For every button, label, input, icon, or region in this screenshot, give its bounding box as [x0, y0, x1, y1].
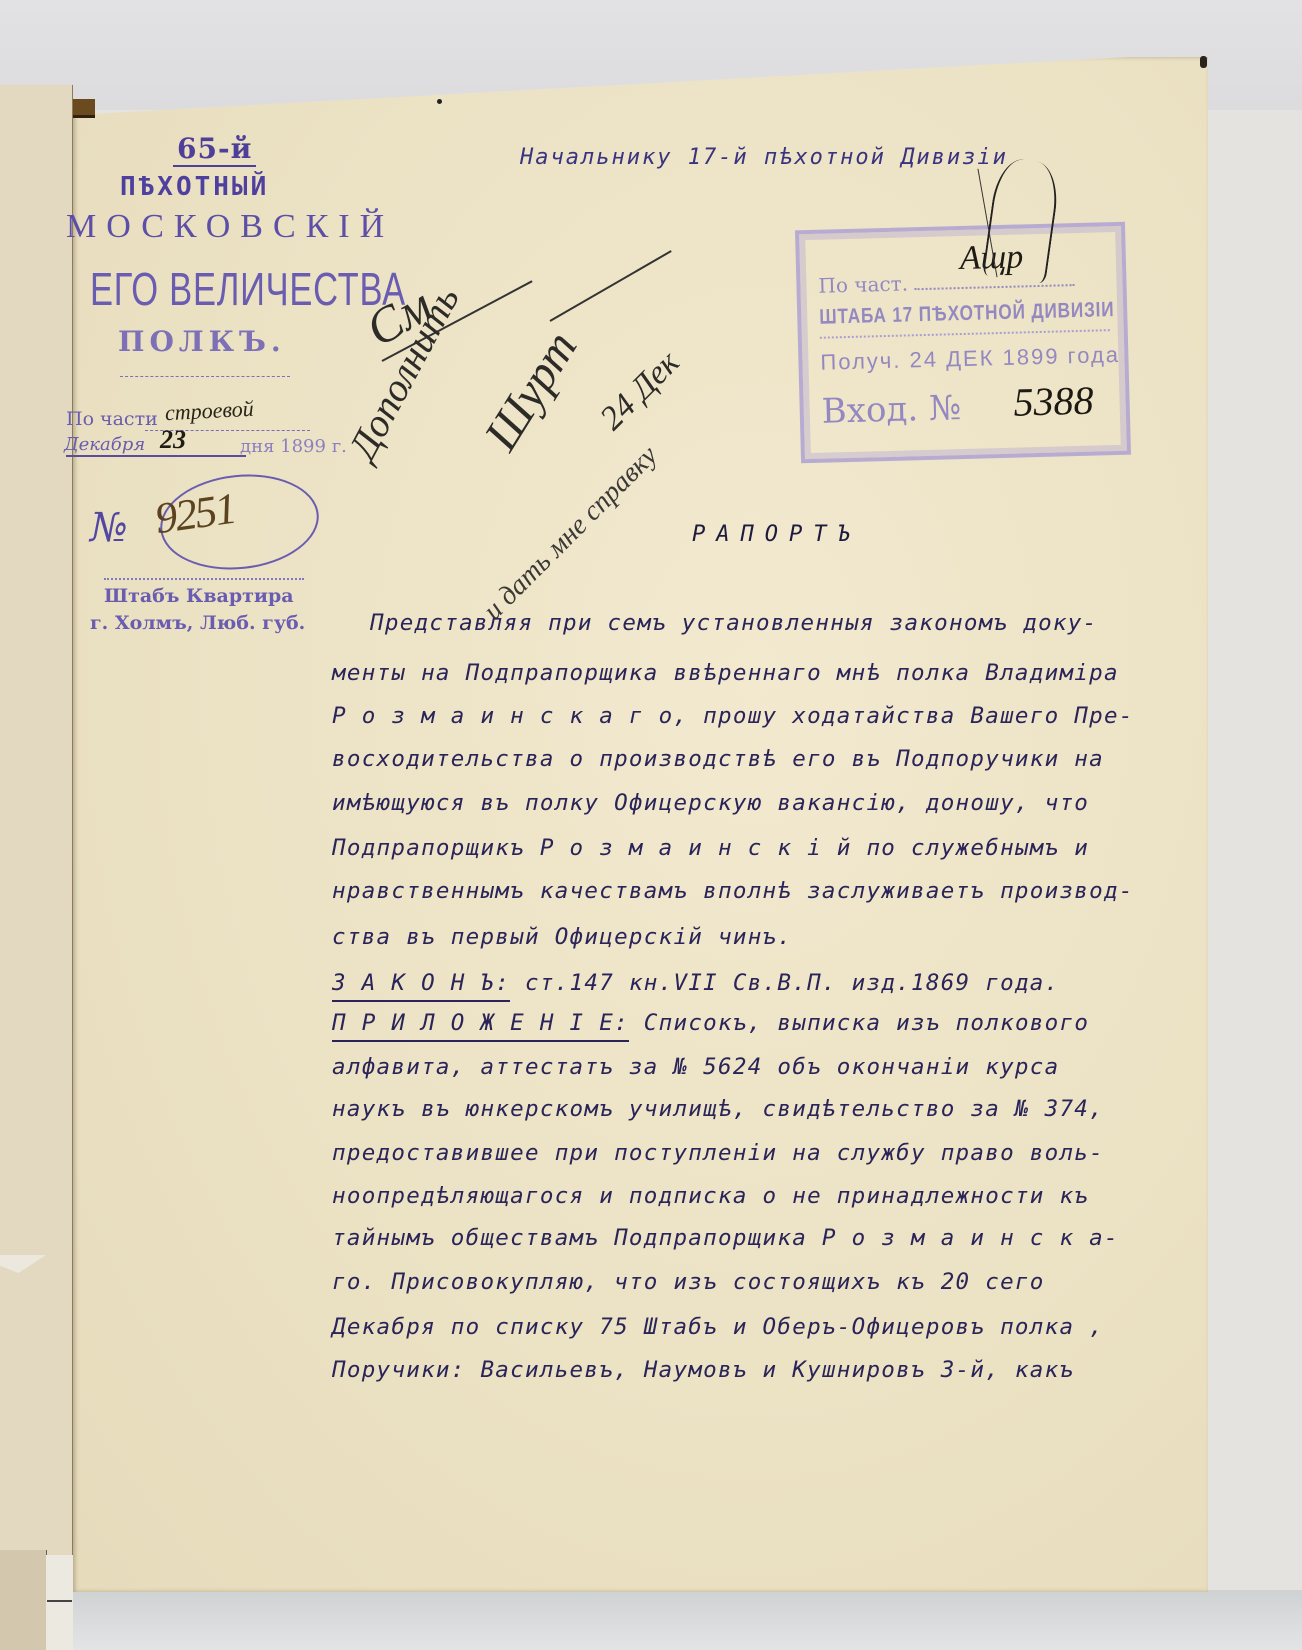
appendix-line: наукъ въ юнкерскомъ училищѣ, свидѣтельст…	[332, 1096, 1104, 1122]
document-title: РАПОРТЪ	[692, 522, 862, 547]
appendix-label: П Р И Л О Ж Е Н І Е:	[332, 1010, 629, 1042]
body-line: нравственнымъ качествамъ вполнѣ заслужив…	[332, 878, 1134, 904]
stamp-line-regiment: ПОЛКЪ.	[118, 325, 286, 358]
stamp-date-suffix: дня 1899 г.	[240, 436, 347, 457]
appendix-line: ноопредѣляющагося и подписка о не принад…	[332, 1183, 1089, 1209]
binding-clip	[73, 99, 95, 118]
addressee: Начальнику 17-й пѣхотной Дивизіи	[520, 145, 1008, 170]
ink-dot	[437, 99, 442, 104]
appendix-line: го. Присовокупляю, что изъ состоящихъ къ…	[332, 1269, 1045, 1295]
body-line: восходительства о производствѣ его въ По…	[332, 746, 1104, 772]
receipt-division-line: ШТАБА 17 ПѢХОТНОЙ ДИВИЗІИ	[819, 298, 1115, 330]
law-label: З А К О Н Ъ:	[332, 970, 510, 1002]
appendix-line: Поручики: Васильевъ, Наумовъ и Кушнировъ…	[332, 1357, 1074, 1383]
receipt-wave-divider	[820, 329, 1110, 339]
appendix-line: Декабря по списку 75 Штабъ и Оберъ-Офице…	[332, 1314, 1104, 1340]
appendix-line: предоставившее при поступленіи на службу…	[332, 1140, 1104, 1166]
handwritten-incoming-number: 5388	[1013, 377, 1094, 426]
stamp-hq-line1: Штабъ Квартира	[104, 585, 294, 607]
stamp-regiment-number: 65-й	[173, 132, 256, 165]
stamp-date-month: Декабря	[64, 434, 145, 455]
background-table	[0, 1590, 1302, 1650]
left-page-lower-edge	[0, 1550, 47, 1650]
handwritten-date-day: 23	[160, 425, 186, 455]
receipt-date-line: Получ. 24 ДЕК 1899 года	[820, 342, 1120, 376]
body-line: имѣющуюся въ полку Офицерскую вакансію, …	[332, 790, 1089, 816]
stamp-date-line	[66, 455, 246, 457]
body-line: ства въ первый Офицерскій чинъ.	[332, 924, 792, 950]
stamp-ornament	[120, 368, 290, 377]
body-line: менты на Подпрапорщика ввѣреннаго мнѣ по…	[332, 660, 1119, 686]
body-line: Представляя при семъ установленныя закон…	[370, 610, 1097, 636]
law-reference: З А К О Н Ъ: ст.147 кн.VII Св.В.П. изд.1…	[332, 970, 1059, 996]
appendix-line: тайнымъ обществамъ Подпрапорщика Р о з м…	[332, 1225, 1119, 1251]
number-sign-icon: №	[90, 505, 128, 551]
appendix-line: алфавита, аттестатъ за № 5624 объ оконча…	[332, 1054, 1059, 1080]
stamp-wave-divider	[104, 572, 304, 580]
receipt-incoming-label: Вход. №	[821, 388, 961, 432]
stamp-part-label: По части	[66, 408, 158, 430]
left-book-page	[0, 85, 73, 1650]
book-spine-strip	[46, 1555, 73, 1650]
stamp-line-moscow: МОСКОВСКІЙ	[66, 208, 394, 246]
handwritten-part-value: строевой	[164, 396, 254, 427]
appendix-first-line: Списокъ, выписка изъ полкового	[644, 1010, 1089, 1036]
law-text: ст.147 кн.VII Св.В.П. изд.1869 года.	[525, 970, 1059, 996]
page-corner-mark	[1200, 56, 1207, 68]
stamp-line-infantry: ПѢХОТНЫЙ	[120, 172, 269, 202]
appendix-heading: П Р И Л О Ж Е Н І Е: Списокъ, выписка из…	[332, 1010, 1089, 1036]
body-line: Р о з м а и н с к а г о, прошу ходатайст…	[332, 703, 1134, 729]
receipt-stamp: По част. ШТАБА 17 ПѢХОТНОЙ ДИВИЗІИ Получ…	[795, 222, 1131, 464]
body-line: Подпрапорщикъ Р о з м а и н с к і й по с…	[332, 835, 1089, 861]
stamp-hq-line2: г. Холмъ, Люб. губ.	[90, 612, 305, 634]
spine-mark	[47, 1600, 72, 1602]
